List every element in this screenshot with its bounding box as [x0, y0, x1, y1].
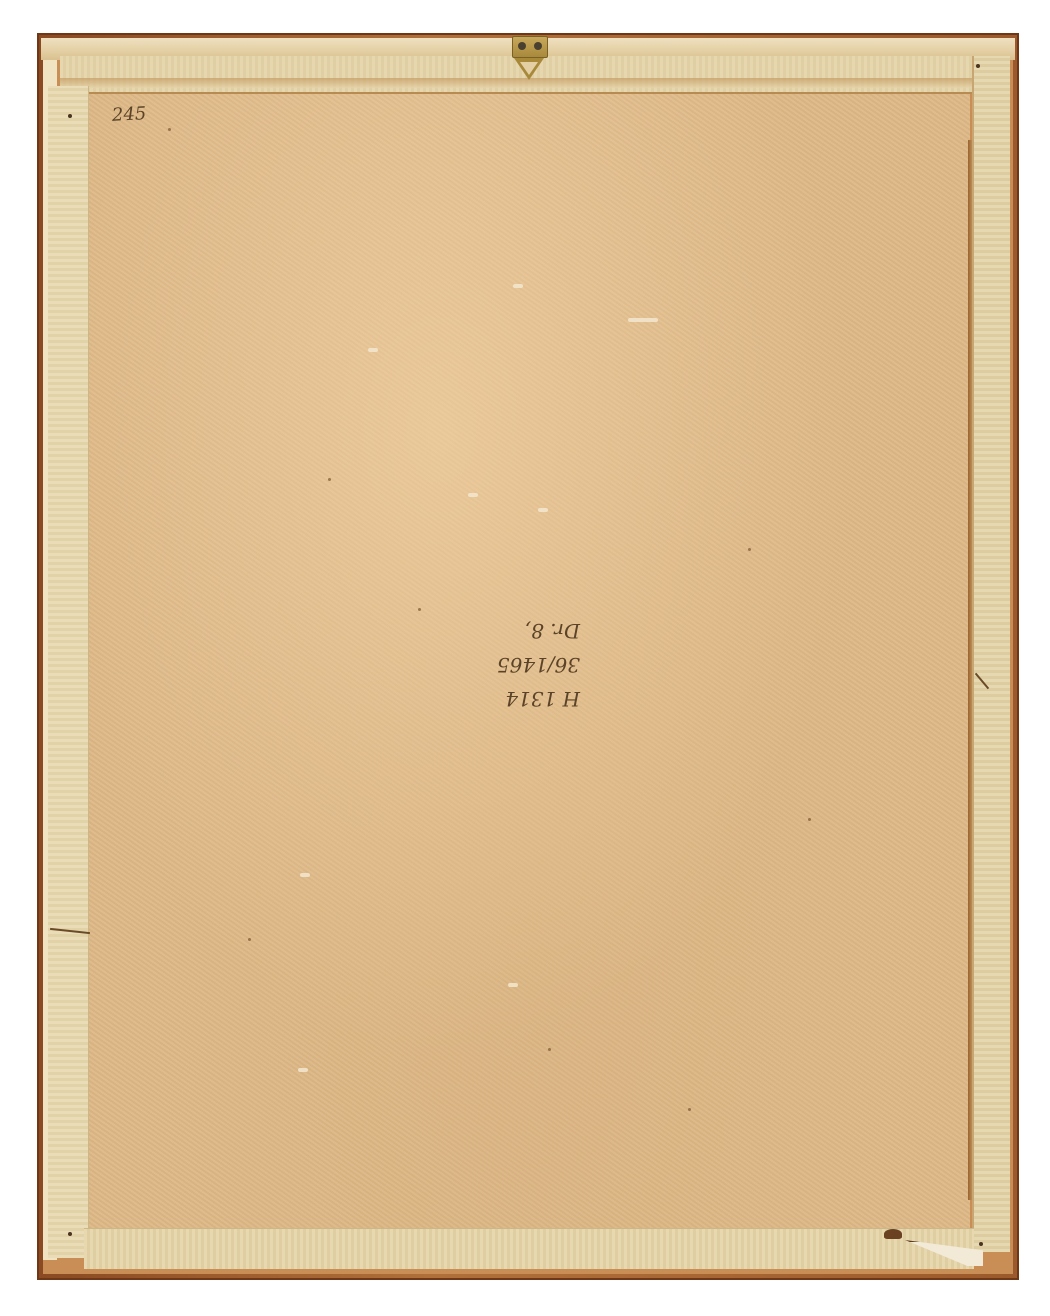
nail-hole — [68, 1232, 72, 1236]
paper-chip — [513, 284, 523, 288]
screw-icon — [518, 42, 526, 50]
paper-speck — [328, 478, 331, 481]
center-inventory-note: H 1314 36/1465 Dr. 8, — [420, 598, 580, 716]
nail-hole — [976, 64, 980, 68]
paper-chip — [508, 983, 518, 987]
triangle-hanger-icon — [510, 36, 550, 96]
paper-chip — [300, 873, 310, 877]
paper-chip — [628, 318, 658, 322]
screw-icon — [534, 42, 542, 50]
paper-chip — [468, 493, 478, 497]
paper-speck — [748, 548, 751, 551]
hanger-plate — [512, 36, 548, 58]
paper-chip — [538, 508, 548, 512]
paper-chip — [368, 348, 378, 352]
stain — [884, 1229, 902, 1239]
paper-chip — [298, 1068, 308, 1072]
note-line: Dr. 8, — [420, 614, 580, 648]
nail-hole — [68, 114, 72, 118]
corner-inventory-note: 245 — [111, 103, 146, 126]
tape-right — [972, 56, 1010, 1252]
tape-bottom — [84, 1228, 974, 1269]
paper-speck — [688, 1108, 691, 1111]
hanger-ring-hole — [520, 62, 538, 75]
paper-speck — [808, 818, 811, 821]
paper-speck — [248, 938, 251, 941]
note-line: 36/1465 — [420, 648, 580, 682]
tape-left — [48, 86, 89, 1258]
note-line: H 1314 — [420, 682, 580, 716]
paper-speck — [168, 128, 171, 131]
nail-hole — [979, 1242, 983, 1246]
paper-speck — [548, 1048, 551, 1051]
